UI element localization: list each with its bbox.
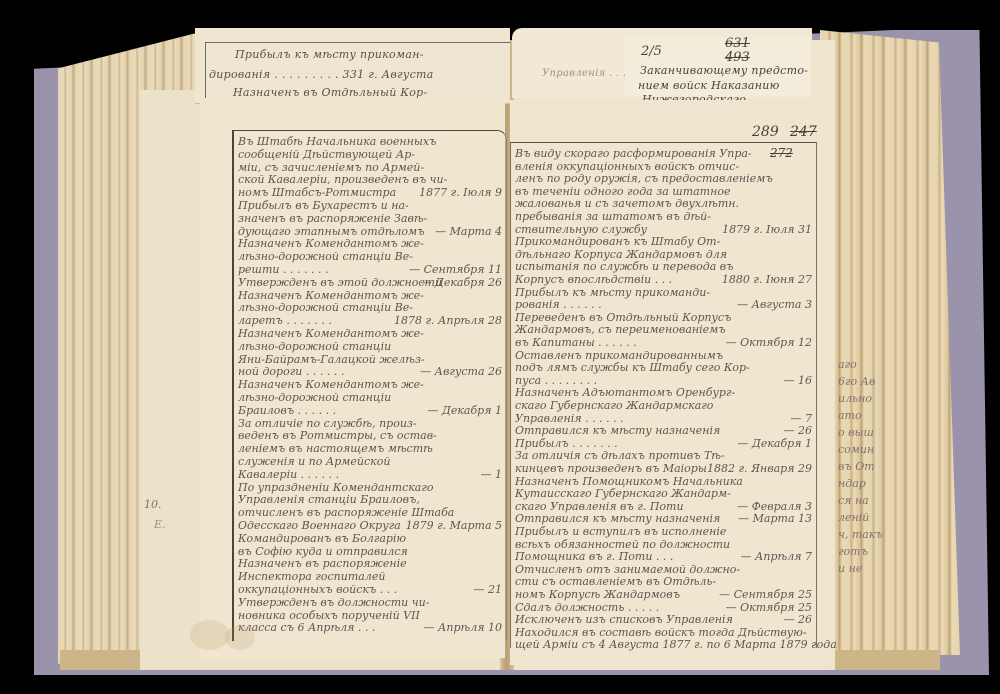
folio-number: 289 <box>752 124 779 140</box>
record-text: решти . . . . . . . <box>238 263 328 276</box>
record-text: въ Софію куда и отправился <box>238 545 408 558</box>
record-date: — Сентября 25 <box>719 588 812 601</box>
record-text: Отправился къ мѣсту назначенія <box>515 512 720 525</box>
record-date: — Октября 25 <box>726 601 812 614</box>
note-number: 2/5 <box>641 44 662 59</box>
record-text: номъ Корпусѣ Жандармовъ <box>515 588 680 601</box>
edge-fragment: ся на <box>838 494 869 507</box>
record-date: — Октября 12 <box>726 336 812 349</box>
record-text: подъ лямъ службы къ Штабу сего Кор- <box>515 361 750 374</box>
record-text: скаго Управленія въ г. Поти <box>515 500 684 513</box>
edge-fragment: ндар <box>838 477 866 490</box>
record-text: вленія оккупаціонныхъ войскъ отчис- <box>515 160 739 173</box>
record-text: рованія . . . . . . <box>515 298 602 311</box>
edge-fragment: сомин <box>838 443 874 456</box>
record-text: Прибылъ въ Бухарестъ и на- <box>238 199 409 212</box>
record-text: Прибылъ къ мѣсту прикоманди- <box>515 286 710 299</box>
record-text: жалованья и съ зачетомъ двухлѣтн. <box>515 197 739 210</box>
record-text: скаго Губернскаго Жандармскаго <box>515 399 713 412</box>
record-text: Кутаисскаго Губернскаго Жандарм- <box>515 487 731 500</box>
record-text: Управленія . . . . . . <box>515 412 624 425</box>
edge-fragment: въ От <box>838 460 875 473</box>
record-date: — Августа 26 <box>420 365 502 378</box>
record-text: всѣхъ обязанностей по должности <box>515 538 730 551</box>
record-date: — 7 <box>791 412 813 425</box>
record-text: пребыванія за штатомъ въ дѣй- <box>515 210 711 223</box>
record-text: ствительную службу <box>515 223 647 236</box>
record-text: Яни-Байрамъ-Галацкой желѣз- <box>238 353 425 366</box>
record-text: Браиловъ . . . . . . <box>238 404 336 417</box>
record-text: Назначенъ въ распоряженіе <box>238 557 407 570</box>
record-date: — Марта 4 <box>435 225 502 238</box>
record-text: въ теченіи одного года за штатное <box>515 185 731 198</box>
record-date: 1879 г. Марта 5 <box>406 519 502 532</box>
record-text: Исключенъ изъ списковъ Управленія <box>515 613 733 626</box>
record-text: сообщеній Дѣйствующей Ар- <box>238 148 415 161</box>
folio-struck: 247 <box>790 124 817 140</box>
record-text: лѣзно-дорожной станціи Ве- <box>238 250 413 263</box>
record-text: Жандармовъ, съ переименованіемъ <box>515 323 726 336</box>
record-date: — 1 <box>481 468 503 481</box>
record-text: лѣзно-дорожной станціи <box>238 340 391 353</box>
edge-fragment: о выш <box>838 426 874 439</box>
record-text: Переведенъ въ Отдѣльный Корпусъ <box>515 311 731 324</box>
record-row: класса съ 6 Апрѣля . . .— Апрѣля 10 <box>234 621 506 640</box>
record-date: 1879 г. Іюля 31 <box>722 223 812 236</box>
note-line: нием войск Наказанию <box>638 79 780 92</box>
slip-line: Прибылъ къ мѣсту прикоман- <box>235 48 424 61</box>
record-date: 1878 г. Апрѣля 28 <box>394 314 502 327</box>
record-text: За отличія съ дѣлахъ противъ Тѣ- <box>515 449 725 462</box>
record-text: щей Арміи съ 4 Августа 1877 г. по 6 Март… <box>515 638 837 651</box>
record-text: служенія и по Армейской <box>238 455 390 468</box>
record-text: новника особыхъ порученій VII <box>238 609 420 622</box>
record-text: значенъ въ распоряженіе Завѣ- <box>238 212 427 225</box>
record-text: Прибылъ и вступилъ въ исполненіе <box>515 525 726 538</box>
record-text: Назначенъ Адъютантомъ Оренбург- <box>515 386 735 399</box>
record-text: лѣзно-дорожной станціи Ве- <box>238 301 413 314</box>
record-text: лѣзно-дорожной станціи <box>238 391 391 404</box>
record-row: щей Арміи съ 4 Августа 1877 г. по 6 Март… <box>511 638 816 657</box>
record-text: Утвержденъ въ этой должности <box>238 276 442 289</box>
record-text: Назначенъ Комендантомъ же- <box>238 378 424 391</box>
record-date: 1882 г. Января 29 <box>707 462 812 475</box>
record-date: — Апрѣля 7 <box>741 550 812 563</box>
record-text: Назначенъ Комендантомъ же- <box>238 237 424 250</box>
record-text: міи, съ зачисленіемъ по Армей- <box>238 161 424 174</box>
record-text: Прикомандированъ къ Штабу От- <box>515 235 720 248</box>
record-date: — 16 <box>784 374 813 387</box>
record-text: Отправился къ мѣсту назначенія <box>515 424 720 437</box>
record-text: Управленія станціи Браиловъ, <box>238 493 420 506</box>
record-text: Корпусъ впослѣдствіи . . . <box>515 273 672 286</box>
record-text: въ Капитаны . . . . . . <box>515 336 637 349</box>
left-record-table: Въ Штабѣ Начальника военныхъсообщеній Дѣ… <box>232 130 507 641</box>
struck-number: 631 <box>725 36 750 51</box>
record-text: Прибылъ . . . . . . . <box>515 437 618 450</box>
record-text: Инспектора госпиталей <box>238 570 385 583</box>
record-text: Назначенъ Комендантомъ же- <box>238 327 424 340</box>
record-text: номъ Штабсъ-Ротмистра <box>238 186 396 199</box>
record-date: — 26 <box>784 613 813 626</box>
record-text: ской Кавалеріи, произведенъ въ чи- <box>238 173 447 186</box>
record-text: ленъ по роду оружія, съ предоставленіемъ <box>515 172 773 185</box>
record-text: класса съ 6 Апрѣля . . . <box>238 621 375 634</box>
record-date: — Сентября 11 <box>409 263 502 276</box>
record-date: — Декабря 26 <box>420 276 502 289</box>
record-text: веденъ въ Ротмистры, съ остав- <box>238 429 437 442</box>
record-text: ной дороги . . . . . . <box>238 365 344 378</box>
record-date: — Февраля 3 <box>737 500 812 513</box>
record-text: Помощника въ г. Поти . . . <box>515 550 673 563</box>
record-text: отчисленъ въ распоряженіе Штаба <box>238 506 454 519</box>
paper-stain <box>225 625 255 650</box>
record-text: оккупаціонныхъ войскъ . . . <box>238 583 397 596</box>
edge-fragment: готъ <box>838 545 868 558</box>
record-text: Сдалъ должность . . . . . <box>515 601 659 614</box>
record-text: Въ виду скораго расформированія Упра- <box>515 147 752 160</box>
record-text: Командированъ въ Болгарію <box>238 532 406 545</box>
record-date: — Декабря 1 <box>427 404 502 417</box>
right-record-table: Въ виду скораго расформированія Упра-вле… <box>510 142 817 648</box>
record-text: леніемъ въ настоящемъ мѣстѣ <box>238 442 433 455</box>
record-text: Кавалеріи . . . . . . <box>238 468 339 481</box>
edge-fragment: ато <box>838 409 862 422</box>
record-date: — Апрѣля 10 <box>424 621 502 634</box>
record-text: Оставленъ прикомандированнымъ <box>515 349 723 362</box>
edge-fragment: леній <box>838 511 869 524</box>
record-date: 1880 г. Іюня 27 <box>722 273 812 286</box>
record-text: ларетъ . . . . . . . <box>238 314 332 327</box>
record-date: 1877 г. Іюля 9 <box>419 186 502 199</box>
record-text: Отчисленъ отъ занимаемой должно- <box>515 563 740 576</box>
slip-line: дированія . . . . . . . . . 331 г. Авгус… <box>209 68 434 81</box>
record-text: испытанія по службѣ и перевода въ <box>515 260 734 273</box>
note-line: Заканчивающему предсто- <box>640 64 808 77</box>
record-date: — Декабря 1 <box>737 437 812 450</box>
edge-fragment: 6го Ав <box>838 375 875 388</box>
margin-mark: 10. <box>144 498 162 511</box>
record-text: сти съ оставленіемъ въ Отдѣль- <box>515 575 716 588</box>
struck-number: 493 <box>725 50 750 65</box>
record-text: Назначенъ Комендантомъ же- <box>238 289 424 302</box>
paper-stain <box>190 620 230 650</box>
record-text: дующаго этапнымъ отдѣломъ <box>238 225 424 238</box>
record-date: — 26 <box>784 424 813 437</box>
edge-fragment: и не <box>838 562 862 575</box>
edge-fragment: аго <box>838 358 857 371</box>
record-date: — 21 <box>474 583 503 596</box>
edge-fragment: ильно <box>838 392 872 405</box>
record-date: — Августа 3 <box>737 298 812 311</box>
margin-mark: Е. <box>154 518 166 531</box>
record-text: Одесскаго Военнаго Округа <box>238 519 401 532</box>
record-text: кинцевъ произведенъ въ Маіоры <box>515 462 707 475</box>
top-slip-left: Прибылъ къ мѣсту прикоман- дированія . .… <box>195 28 510 104</box>
record-text: За отличіе по службѣ, произ- <box>238 417 417 430</box>
record-text: Находился въ составѣ войскъ тогда Дѣйств… <box>515 626 807 639</box>
record-text: пуса . . . . . . . . <box>515 374 597 387</box>
edge-fragment: ч, такъ <box>838 528 883 541</box>
record-text: Утвержденъ въ должности чи- <box>238 596 429 609</box>
record-text: дѣльнаго Корпуса Жандармовъ для <box>515 248 727 261</box>
record-text: Назначенъ Помощникомъ Начальника <box>515 475 743 488</box>
record-text: По упраздненіи Комендантскаго <box>238 481 434 494</box>
record-date: — Марта 13 <box>738 512 812 525</box>
record-text: Въ Штабѣ Начальника военныхъ <box>238 135 436 148</box>
